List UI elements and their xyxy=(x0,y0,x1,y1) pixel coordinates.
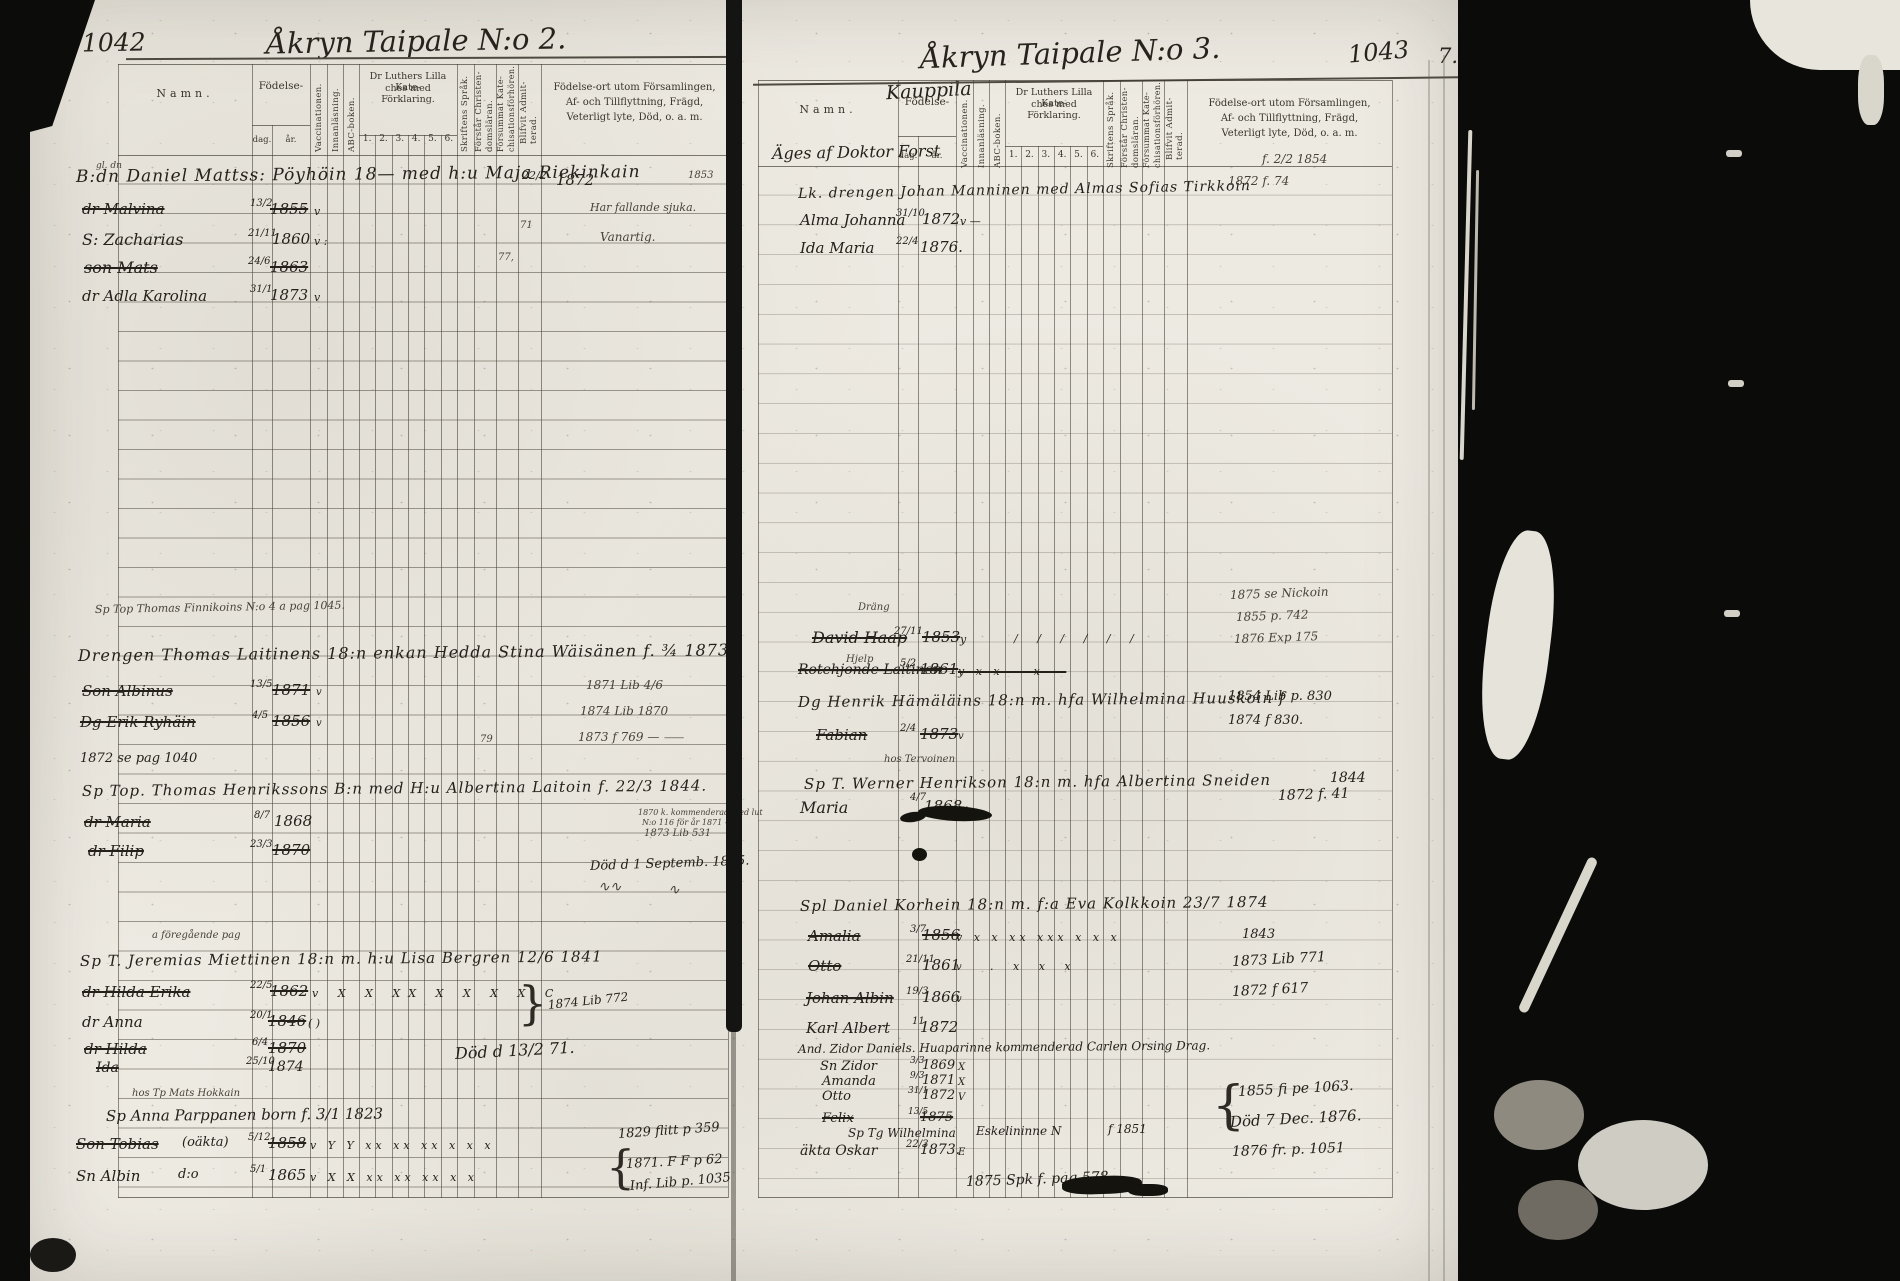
handwritten-entry: Vanartig. xyxy=(600,230,656,244)
handwritten-entry: / / / / / / xyxy=(1014,632,1142,645)
handwritten-entry: Ida Maria xyxy=(800,239,874,257)
left-page-title: Åkryn Taipale N:o 2. xyxy=(266,21,567,60)
handwritten-entry: 22/4 xyxy=(896,236,918,247)
ink-blot xyxy=(912,848,927,861)
handwritten-entry: 1876 Exp 175 xyxy=(1234,629,1319,646)
handwritten-entry: 1871 xyxy=(272,681,310,699)
handwritten-entry: 77, xyxy=(498,252,514,263)
handwritten-entry: äkta Oskar xyxy=(800,1143,877,1159)
handwritten-entry: 1873 f 769 — ⸺ xyxy=(578,728,683,745)
handwritten-entry: hos Tervoinen xyxy=(884,754,955,765)
handwritten-entry: Sn Zidor xyxy=(820,1059,877,1074)
handwritten-entry: Son Albinus xyxy=(82,682,173,700)
handwritten-entry: 1872 f. 41 xyxy=(1278,786,1350,804)
page-edge-streak xyxy=(1460,130,1473,460)
handwritten-entry: Dg Erik Ryhäin xyxy=(80,713,196,731)
page-edge-blob xyxy=(1472,527,1564,763)
rule-line xyxy=(1392,80,1393,1198)
handwritten-entry: 1856 xyxy=(272,712,310,730)
edge-mottle xyxy=(1494,1080,1584,1150)
handwritten-entry: hos Tp Mats Hokkain xyxy=(132,1088,240,1099)
handwritten-entry: Eskelininne N xyxy=(976,1124,1061,1138)
rule-line xyxy=(758,80,1392,81)
handwritten-entry: 1854 Lib p. 830 xyxy=(1228,689,1332,704)
handwritten-entry: dr Hilda Erika xyxy=(82,983,190,1001)
handwritten-entry: dr Hilda xyxy=(84,1040,147,1058)
handwritten-entry: 1872 f. 74 xyxy=(1228,174,1289,188)
table-row-lines xyxy=(118,155,728,1198)
handwritten-entry: Otto xyxy=(808,957,841,975)
handwritten-entry: 1865 xyxy=(268,1166,306,1184)
rule-line xyxy=(898,136,956,137)
handwritten-entry: V xyxy=(958,1092,965,1103)
handwritten-entry: 71 xyxy=(520,220,533,231)
handwritten-entry: dr Anna xyxy=(82,1013,143,1031)
handwritten-entry: Felix xyxy=(822,1111,854,1126)
handwritten-entry: 1872 xyxy=(922,210,960,228)
scan-edge-right xyxy=(1458,0,1900,1281)
handwritten-entry: 1869 xyxy=(922,1058,955,1073)
handwritten-entry: 4/5 xyxy=(252,710,268,721)
handwritten-entry: . x x x xyxy=(990,960,1079,973)
handwritten-entry: 79 xyxy=(480,734,493,745)
handwritten-entry: Ida xyxy=(96,1060,119,1076)
handwritten-entry: 1870 xyxy=(272,841,310,859)
handwritten-entry: 13/5 xyxy=(250,679,272,690)
handwritten-entry: 1860 xyxy=(272,230,310,248)
handwritten-entry: f 1851 xyxy=(1108,1122,1147,1136)
handwritten-entry: 1874 Lib 1870 xyxy=(580,704,668,718)
handwritten-entry: v — xyxy=(960,215,981,228)
handwritten-entry: David Haap xyxy=(812,628,907,647)
edge-tick xyxy=(1726,150,1742,157)
edge-mottle xyxy=(1518,1180,1598,1240)
handwritten-entry: v xyxy=(316,687,322,698)
handwritten-entry: 1870 xyxy=(268,1039,306,1057)
handwritten-entry: 1862 xyxy=(270,982,308,1000)
edge-mottle xyxy=(1858,55,1884,125)
handwritten-entry: 1870 k. kommenderad med lut xyxy=(638,808,763,817)
handwritten-entry: Fabian xyxy=(816,726,867,744)
rule-line xyxy=(252,125,310,126)
handwritten-entry: Karl Albert xyxy=(806,1019,890,1037)
handwritten-entry: dr Malvina xyxy=(82,200,165,218)
handwritten-entry: (oäkta) xyxy=(182,1135,229,1150)
handwritten-entry: 1863 xyxy=(270,258,308,276)
scanned-parish-register: 1042 Åkryn Taipale N:o 2. Åkryn Taipale … xyxy=(0,0,1900,1281)
rule-line xyxy=(359,135,457,136)
rule-line xyxy=(1005,146,1103,147)
handwritten-entry: } xyxy=(518,976,547,1030)
handwritten-entry: 1874 xyxy=(268,1059,304,1075)
handwritten-entry: 1866 xyxy=(922,988,960,1006)
handwritten-entry: N:o 116 för år 1871 — xyxy=(642,818,733,827)
handwritten-entry: S: Zacharias xyxy=(82,230,183,249)
handwritten-entry: 1876. xyxy=(920,238,963,256)
page-edge-streak xyxy=(1472,170,1479,410)
handwritten-entry: 1846 xyxy=(268,1012,306,1030)
handwritten-entry: v xyxy=(316,718,322,729)
handwritten-entry: f. 2/2 1854 xyxy=(1262,152,1327,166)
handwritten-entry: E xyxy=(958,1147,965,1158)
handwritten-entry: 1873 xyxy=(920,725,958,743)
handwritten-entry: X xyxy=(958,1062,965,1073)
handwritten-entry: Har fallande sjuka. xyxy=(590,201,696,214)
handwritten-entry: dr Maria xyxy=(84,813,151,831)
handwritten-entry: 8/7 xyxy=(254,810,270,821)
handwritten-entry: 1844 xyxy=(1330,770,1366,786)
handwritten-entry: 1872 xyxy=(556,171,594,189)
handwritten-entry: 1853 xyxy=(922,628,960,646)
handwritten-entry: ( ) xyxy=(308,1017,320,1030)
handwritten-entry: v xyxy=(314,205,320,218)
handwritten-entry: Son Tobias xyxy=(76,1135,159,1153)
handwritten-entry: son Mats xyxy=(84,258,158,277)
handwritten-entry: 5/1 xyxy=(250,1164,266,1175)
book-binding-gutter-tail xyxy=(731,1032,736,1281)
handwritten-entry: 1855 xyxy=(270,200,308,218)
handwritten-entry: dr Adla Karolina xyxy=(82,287,207,305)
handwritten-entry: 1873. xyxy=(920,1142,960,1158)
handwritten-entry: v Y Y xx xx xx x x x xyxy=(310,1139,495,1152)
rule-line xyxy=(118,64,728,65)
handwritten-entry: 1872 xyxy=(922,1088,955,1103)
handwritten-entry: v : xyxy=(314,235,327,248)
handwritten-entry: Sn Albin xyxy=(76,1167,140,1185)
handwritten-entry: y xyxy=(960,633,966,646)
handwritten-entry: 5/2 xyxy=(900,658,916,669)
page-crease xyxy=(1443,55,1445,1281)
handwritten-entry: 22/2 xyxy=(522,169,547,182)
handwritten-entry: 31/10 xyxy=(896,208,925,219)
handwritten-entry: 24/6 xyxy=(248,256,270,267)
handwritten-entry: 1875 xyxy=(920,1110,953,1125)
handwritten-entry: Sp Anna Parppanen born f. 3/1 1823 xyxy=(106,1105,383,1125)
edge-mottle xyxy=(1578,1120,1708,1210)
page-edge-streak xyxy=(1518,856,1599,1014)
handwritten-entry: X xyxy=(958,1077,965,1088)
handwritten-entry: 6/4 xyxy=(252,1037,268,1048)
handwritten-entry: Amalia xyxy=(808,927,861,945)
handwritten-entry: 23/3 xyxy=(250,839,272,850)
handwritten-entry: 1873 xyxy=(270,286,308,304)
handwritten-entry: d:o xyxy=(178,1167,199,1182)
handwritten-entry: Maria xyxy=(800,798,848,817)
handwritten-entry: 1856 xyxy=(922,926,960,944)
scan-edge-left xyxy=(0,0,30,1281)
handwritten-entry: ∿ xyxy=(668,882,680,898)
handwritten-entry: Amanda xyxy=(822,1074,876,1089)
handwritten-entry: Otto xyxy=(822,1089,851,1104)
handwritten-entry: 2/4 xyxy=(900,723,916,734)
right-page-number: 1043 xyxy=(1347,35,1410,68)
handwritten-entry: 1874 f 830. xyxy=(1228,713,1303,728)
handwritten-entry: v xyxy=(958,731,964,742)
handwritten-entry: Johan Albin xyxy=(806,989,894,1007)
handwritten-entry: Sp Tg Wilhelmina xyxy=(848,1126,956,1140)
handwritten-entry: 1855 p. 742 xyxy=(1236,607,1309,624)
handwritten-entry: y x x — x — xyxy=(958,665,1066,678)
ink-smear xyxy=(1128,1184,1168,1196)
handwritten-entry: v x x xx xxx x x x xyxy=(956,931,1121,944)
handwritten-entry: 1858 xyxy=(268,1134,306,1152)
handwritten-entry: 1872 xyxy=(920,1018,958,1036)
handwritten-entry: 1843 xyxy=(1242,927,1275,942)
edge-mark: 7. xyxy=(1438,44,1458,68)
scan-blemish xyxy=(30,1238,76,1272)
handwritten-entry: 1873 Lib 531 xyxy=(644,828,711,839)
book-binding-gutter xyxy=(726,0,742,1032)
handwritten-entry: 27/11 xyxy=(894,626,923,637)
handwritten-entry: 1861 xyxy=(920,660,958,678)
edge-tick xyxy=(1728,380,1744,387)
left-page-number: 1042 xyxy=(82,27,146,57)
handwritten-entry: 1861 xyxy=(922,956,960,974)
handwritten-entry: Äges af Doktor Forst xyxy=(772,141,941,163)
handwritten-entry: Alma Johanna xyxy=(800,211,905,229)
handwritten-entry: v xyxy=(314,291,320,304)
handwritten-entry: ∿∿ xyxy=(598,879,621,895)
edge-tick xyxy=(1724,610,1740,617)
handwritten-entry: v xyxy=(956,994,962,1005)
handwritten-entry: 1872 se pag 1040 xyxy=(80,751,197,766)
handwritten-entry: 1871 Lib 4/6 xyxy=(586,678,663,692)
page-crease xyxy=(1428,60,1430,1281)
handwritten-entry: v xyxy=(956,962,962,973)
handwritten-entry: 1853 xyxy=(688,170,713,181)
handwritten-entry: v X X xx xx xx x x xyxy=(310,1171,478,1184)
handwritten-entry: a föregående pag xyxy=(152,930,241,941)
handwritten-entry: Dräng xyxy=(858,602,890,613)
handwritten-entry: 1868 xyxy=(274,812,312,830)
handwritten-entry: dr Filip xyxy=(88,842,144,860)
